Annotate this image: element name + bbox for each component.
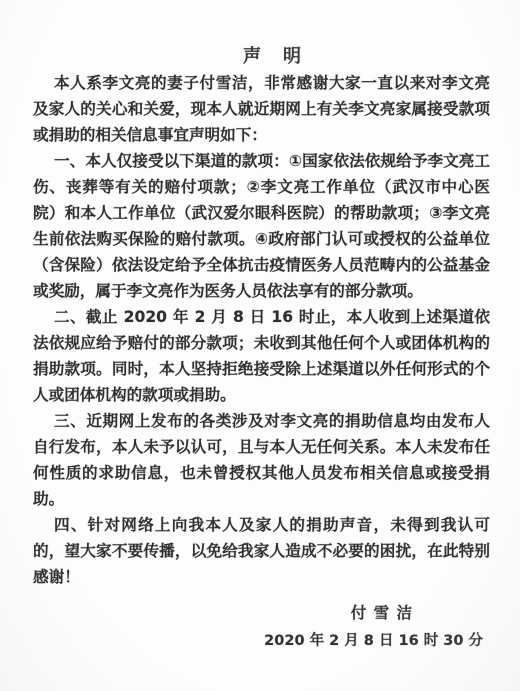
statement-body: 本人系李文亮的妻子付雪洁，非常感谢大家一直以来对李文亮及家人的关心和关爱，现本人… bbox=[33, 70, 490, 590]
statement-paragraph-item-1: 一、本人仅接受以下渠道的款项：①国家依法依规给予李文亮工伤、丧葬等有关的赔付项款… bbox=[33, 148, 490, 304]
statement-title: 声 明 bbox=[13, 42, 520, 68]
signature-name: 付 雪 洁 bbox=[0, 601, 413, 623]
statement-paragraph-item-3: 三、近期网上发布的各类涉及对李文亮的捐助信息均由发布人自行发布，本人未予以认可，… bbox=[33, 408, 490, 512]
statement-document-page: 声 明 本人系李文亮的妻子付雪洁，非常感谢大家一直以来对李文亮及家人的关心和关爱… bbox=[0, 0, 520, 691]
statement-paragraph-intro: 本人系李文亮的妻子付雪洁，非常感谢大家一直以来对李文亮及家人的关心和关爱，现本人… bbox=[33, 70, 490, 148]
signature-date: 2020 年 2 月 8 日 16 时 30 分 bbox=[0, 629, 483, 650]
statement-paragraph-item-4: 四、针对网络上向我本人及家人的捐助声音，未得到我认可的，望大家不要传播，以免给我… bbox=[33, 512, 490, 590]
statement-paragraph-item-2: 二、截止 2020 年 2 月 8 日 16 时止，本人收到上述渠道依法依规应给… bbox=[33, 304, 490, 408]
